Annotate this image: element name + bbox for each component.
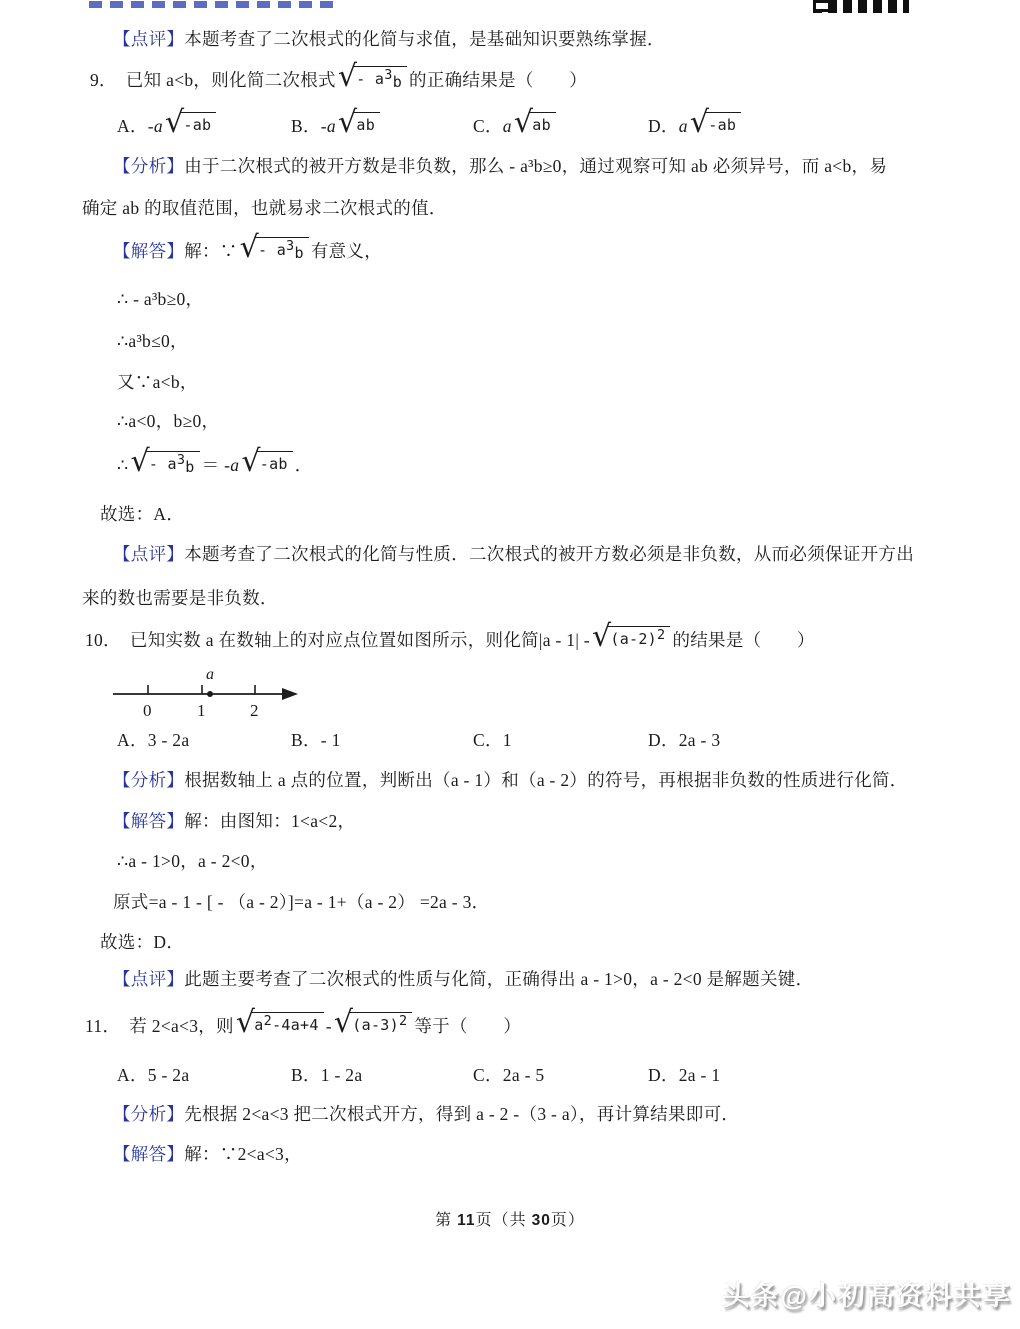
total-pages: 30 bbox=[532, 1212, 551, 1229]
q11-option-b: B．1 - 2a bbox=[291, 1064, 473, 1088]
q10-number: 10． bbox=[85, 629, 121, 653]
q10-option-d: D．2a - 3 bbox=[648, 729, 720, 753]
answer-label: 【解答】 bbox=[113, 240, 184, 264]
radical-sign: √ bbox=[165, 108, 184, 138]
q9-stem: 9．已知 a<b，则化简二次根式√- a3b的正确结果是（ ） bbox=[90, 58, 587, 104]
sqrt-expression: √-ab bbox=[690, 112, 741, 142]
sqrt-expression: √-ab bbox=[241, 451, 292, 481]
radical-sign: √ bbox=[338, 108, 357, 138]
q9-option-d: D．a√-ab bbox=[648, 112, 743, 142]
q10-review: 【点评】此题主要考查了二次根式的性质与化简，正确得出 a - 1>0，a - 2… bbox=[113, 968, 813, 992]
number-line-arrow bbox=[282, 688, 298, 700]
q9-step1: ∴ - a³b≥0， bbox=[117, 288, 203, 312]
sqrt-expression: √- a3b bbox=[338, 66, 407, 96]
q9-step3: 又∵a<b， bbox=[117, 371, 198, 395]
page-number: 11 bbox=[457, 1212, 475, 1229]
q11-option-a: A．5 - 2a bbox=[117, 1064, 291, 1088]
tick-label-1: 1 bbox=[197, 701, 206, 720]
q11-answer: 【解答】解：∵2<a<3， bbox=[113, 1143, 302, 1167]
radical-sign: √ bbox=[514, 108, 533, 138]
sqrt-expression: √ab bbox=[514, 112, 556, 142]
sqrt-expression: √(a-2)2 bbox=[592, 626, 671, 656]
analysis-label: 【分析】 bbox=[113, 156, 184, 176]
sqrt-expression: √-ab bbox=[165, 112, 216, 142]
analysis-label: 【分析】 bbox=[113, 770, 184, 790]
tick-label-0: 0 bbox=[143, 701, 152, 720]
analysis-label: 【分析】 bbox=[113, 1104, 184, 1124]
document-page: 【点评】本题考查了二次根式的化简与求值，是基础知识要熟练掌握． 9．已知 a<b… bbox=[0, 0, 1020, 1329]
q9-option-a: A．-a√-ab bbox=[117, 112, 291, 142]
q9-analysis-line2: 确定 ab 的取值范围，也就易求二次根式的值． bbox=[82, 197, 447, 221]
q10-option-c: C．1 bbox=[473, 729, 648, 753]
radical-sign: √ bbox=[236, 1008, 255, 1038]
radical-sign: √ bbox=[690, 108, 709, 138]
q9-review-line1: 【点评】本题考查了二次根式的化简与性质．二次根式的被开方数必须是非负数，从而必须… bbox=[113, 543, 914, 567]
q10-option-a: A．3 - 2a bbox=[117, 729, 291, 753]
sqrt-expression: √a2-4a+4 bbox=[236, 1012, 324, 1042]
review-label: 【点评】 bbox=[113, 29, 184, 49]
answer-label: 【解答】 bbox=[113, 811, 184, 831]
q9-review-line2: 来的数也需要是非负数． bbox=[82, 587, 278, 611]
sqrt-expression: √- a3b bbox=[240, 237, 309, 267]
q9-options-row: A．-a√-ab B．-a√ab C．a√ab D．a√-ab bbox=[117, 106, 743, 148]
review-label: 【点评】 bbox=[113, 544, 184, 564]
q9-step4: ∴a<0，b≥0， bbox=[117, 410, 219, 434]
q11-options-row: A．5 - 2a B．1 - 2a C．2a - 5 D．2a - 1 bbox=[117, 1064, 720, 1088]
q11-stem: 11．若 2<a<3，则√a2-4a+4 - √(a-3)2等于（ ） bbox=[85, 1002, 521, 1052]
sqrt-expression: √- a3b bbox=[130, 451, 199, 481]
q10-analysis: 【分析】根据数轴上 a 点的位置，判断出（a - 1）和（a - 2）的符号，再… bbox=[113, 769, 908, 793]
radical-sign: √ bbox=[334, 1008, 353, 1038]
page-footer: 第 11页（共 30页） bbox=[0, 1207, 1020, 1230]
q9-option-c: C．a√ab bbox=[473, 112, 648, 142]
q10-choose: 故选：D． bbox=[100, 931, 184, 955]
q9-option-b: B．-a√ab bbox=[291, 112, 473, 142]
watermark: 头条@小初高资料共享 bbox=[723, 1274, 1012, 1313]
q9-equation-line: ∴√- a3b＝ - a√-ab． bbox=[117, 443, 313, 489]
radical-sign: √ bbox=[592, 622, 611, 652]
clipped-logo-icon bbox=[813, 0, 831, 12]
q11-analysis: 【分析】先根据 2<a<3 把二次根式开方，得到 a - 2 -（3 - a），… bbox=[113, 1103, 739, 1127]
sqrt-expression: √ab bbox=[338, 112, 380, 142]
review-label: 【点评】 bbox=[113, 969, 184, 989]
q9-analysis-line1: 【分析】由于二次根式的被开方数是非负数，那么 - a³b≥0，通过观察可知 ab… bbox=[113, 155, 887, 179]
review-text: 本题考查了二次根式的化简与求值，是基础知识要熟练掌握． bbox=[184, 29, 665, 49]
tick-label-2: 2 bbox=[250, 701, 259, 720]
q11-number: 11． bbox=[85, 1015, 120, 1039]
point-a-dot bbox=[207, 691, 213, 697]
prev-review-line: 【点评】本题考查了二次根式的化简与求值，是基础知识要熟练掌握． bbox=[113, 28, 665, 52]
q9-number: 9． bbox=[90, 69, 117, 93]
q10-stem: 10．已知实数 a 在数轴上的对应点位置如图所示，则化简|a - 1| - √(… bbox=[85, 617, 815, 665]
q9-choose: 故选：A． bbox=[100, 503, 184, 527]
q10-answer: 【解答】解：由图知：1<a<2， bbox=[113, 810, 355, 834]
answer-label: 【解答】 bbox=[113, 1144, 184, 1164]
q10-step2: 原式=a - 1 - [ - （a - 2）]=a - 1+（a - 2） =2… bbox=[113, 891, 489, 915]
clipped-blue-header-text bbox=[89, 1, 335, 8]
point-a-label: a bbox=[206, 666, 214, 683]
q11-option-c: C．2a - 5 bbox=[473, 1064, 648, 1088]
q10-option-b: B．- 1 bbox=[291, 729, 473, 753]
q9-step2: ∴a³b≤0， bbox=[117, 330, 188, 354]
radical-sign: √ bbox=[338, 62, 357, 92]
number-line-figure: a 0 1 2 bbox=[110, 666, 310, 722]
q10-options-row: A．3 - 2a B．- 1 C．1 D．2a - 3 bbox=[117, 729, 720, 753]
q9-answer-line: 【解答】解：∵√- a3b有意义， bbox=[113, 229, 382, 275]
radical-sign: √ bbox=[130, 447, 149, 477]
sqrt-expression: √(a-3)2 bbox=[334, 1012, 413, 1042]
radical-sign: √ bbox=[240, 233, 259, 263]
q11-option-d: D．2a - 1 bbox=[648, 1064, 720, 1088]
radical-sign: √ bbox=[241, 447, 260, 477]
q10-step1: ∴a - 1>0，a - 2<0， bbox=[117, 850, 268, 874]
